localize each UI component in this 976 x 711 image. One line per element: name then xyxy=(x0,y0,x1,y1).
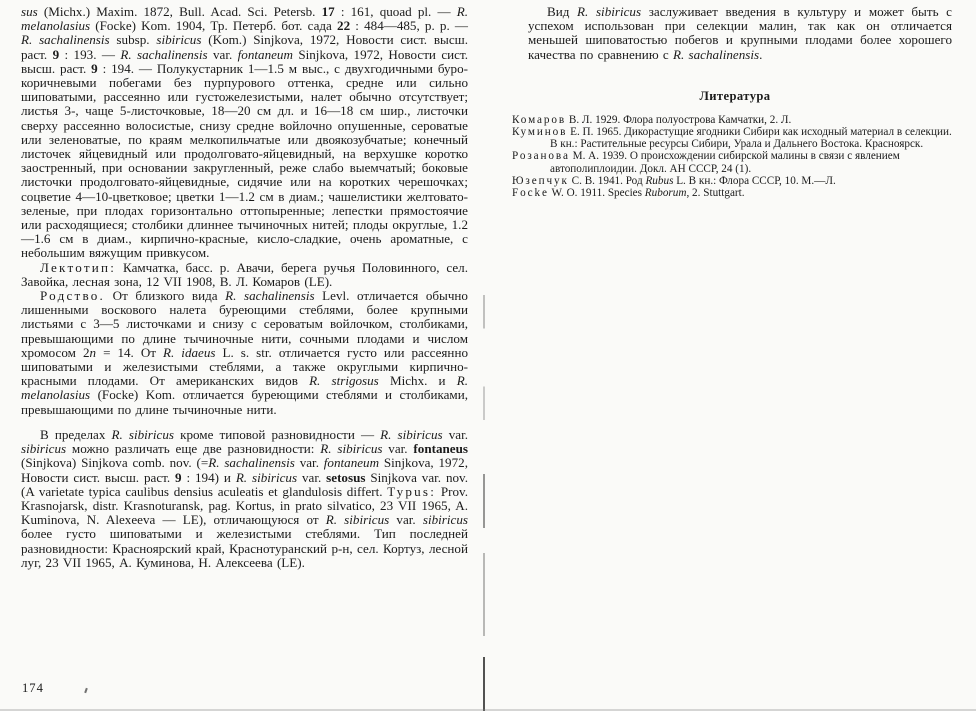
text-segment: можно различать еще две разновидности: xyxy=(66,441,320,456)
text-segment: R. sachalinensis xyxy=(225,288,314,303)
text-segment: sibiricus xyxy=(156,32,201,47)
text-segment: var. xyxy=(295,455,324,470)
paragraph: sus (Michx.) Maxim. 1872, Bull. Acad. Sc… xyxy=(21,5,468,261)
text-segment: R. sibiricus xyxy=(320,441,382,456)
text-segment: С. В. 1941. Род xyxy=(569,175,646,187)
reference-entry: Розанова М. А. 1939. О происхождении сиб… xyxy=(512,150,958,174)
text-segment: var. xyxy=(208,47,238,62)
text-segment: var. xyxy=(382,441,413,456)
reference-entry: Комаров В. Л. 1929. Флора полуострова Ка… xyxy=(512,114,958,126)
ink-speck-artifact xyxy=(84,688,88,693)
text-segment: : 161, quoad pl. — xyxy=(335,4,457,19)
right-page: Вид R. sibiricus заслуживает введения в … xyxy=(512,5,958,199)
text-segment: Michx. и xyxy=(379,373,457,388)
reference-entry: Куминов Е. П. 1965. Дикорастущие ягодник… xyxy=(512,126,958,150)
reference-entry: Юзепчук С. В. 1941. Род Rubus L. В кн.: … xyxy=(512,175,958,187)
text-segment: var. xyxy=(297,470,326,485)
text-segment: Лектотип: xyxy=(40,260,116,275)
page-number: 174 xyxy=(22,681,44,696)
gutter-shadow-artifact xyxy=(483,295,485,711)
text-segment: fontaneum xyxy=(238,47,293,62)
text-segment: L. В кн.: Флора СССР, 10. М.—Л. xyxy=(673,175,835,187)
text-segment: W. O. 1911. Species xyxy=(549,187,645,199)
text-segment: sibiricus xyxy=(21,441,66,456)
text-segment: R. sachalinensis xyxy=(21,32,110,47)
reference-entry: Focke W. O. 1911. Species Ruborum, 2. St… xyxy=(512,187,958,199)
text-segment: (Focke) Kom. 1904, Тр. Петерб. бот. сада xyxy=(90,18,337,33)
text-segment: fontaneus xyxy=(413,441,468,456)
text-segment: R. sachalinensis xyxy=(208,455,295,470)
text-segment: более густо шиповатыми и железистыми сте… xyxy=(21,526,468,569)
text-segment: subsp. xyxy=(110,32,157,47)
text-segment: (Sinjkova) Sinjkova comb. nov. (= xyxy=(21,455,208,470)
references-list: Комаров В. Л. 1929. Флора полуострова Ка… xyxy=(512,114,958,199)
paragraph: Вид R. sibiricus заслуживает введения в … xyxy=(528,5,952,62)
text-segment: R. idaeus xyxy=(163,345,215,360)
text-segment: Typus: xyxy=(387,484,436,499)
text-segment: кроме типовой разновидности — xyxy=(174,427,380,442)
paragraph: Родство. От близкого вида R. sachalinens… xyxy=(21,289,468,417)
text-segment: R. sachalinensis xyxy=(120,47,207,62)
right-page-intro-paragraph: Вид R. sibiricus заслуживает введения в … xyxy=(528,5,952,62)
text-segment: (Michx.) Maxim. 1872, Bull. Acad. Sci. P… xyxy=(38,4,322,19)
text-segment: , 2. Stuttgart. xyxy=(686,187,744,199)
text-segment: R. sibiricus xyxy=(112,427,174,442)
text-segment: : 194) и xyxy=(182,470,236,485)
text-segment: Комаров xyxy=(512,114,566,126)
text-segment: var. xyxy=(389,512,423,527)
text-segment: Юзепчук xyxy=(512,175,569,187)
text-segment: В. Л. 1929. Флора полуострова Камчатки, … xyxy=(566,114,791,126)
text-segment: R. sachalinensis xyxy=(673,47,759,62)
text-segment: R. sibiricus xyxy=(577,4,641,19)
text-segment: Rubus xyxy=(645,175,673,187)
paragraph: Лектотип: Камчатка, басс. р. Авачи, бере… xyxy=(21,261,468,289)
text-segment: sibiricus xyxy=(423,512,468,527)
text-segment: Е. П. 1965. Дикорастущие ягодники Сибири… xyxy=(550,126,952,150)
text-segment: 22 xyxy=(337,18,350,33)
text-segment: : 484—485, p. p. — xyxy=(350,18,468,33)
text-segment: R. strigosus xyxy=(309,373,379,388)
text-segment: setosus xyxy=(326,470,365,485)
book-spread: sus (Michx.) Maxim. 1872, Bull. Acad. Sc… xyxy=(0,0,976,711)
text-segment: : 193. — xyxy=(59,47,120,62)
text-segment: Ruborum xyxy=(645,187,687,199)
text-segment: 17 xyxy=(322,4,335,19)
text-segment: Родство. xyxy=(40,288,105,303)
text-segment: Focke xyxy=(512,187,549,199)
text-segment: Вид xyxy=(547,4,577,19)
literature-heading: Литература xyxy=(512,89,958,104)
text-segment: Розанова xyxy=(512,150,570,162)
text-segment: М. А. 1939. О происхождении сибирской ма… xyxy=(550,150,900,174)
text-segment: R. sibiricus xyxy=(236,470,297,485)
text-segment: R. sibiricus xyxy=(380,427,442,442)
text-segment: R. sibiricus xyxy=(326,512,390,527)
text-segment: sus xyxy=(21,4,38,19)
text-segment: : 194. — Полукустарник 1—1.5 м выс., с д… xyxy=(21,61,468,261)
text-segment: В пределах xyxy=(40,427,112,442)
text-segment: От близкого вида xyxy=(105,288,225,303)
left-page-text-column: sus (Michx.) Maxim. 1872, Bull. Acad. Sc… xyxy=(21,5,468,570)
text-segment: fontaneum xyxy=(324,455,379,470)
paragraph: В пределах R. sibiricus кроме типовой ра… xyxy=(21,428,468,570)
text-segment: . xyxy=(759,47,762,62)
text-segment: = 14. От xyxy=(96,345,163,360)
text-segment: Куминов xyxy=(512,126,567,138)
text-segment: var. xyxy=(443,427,468,442)
